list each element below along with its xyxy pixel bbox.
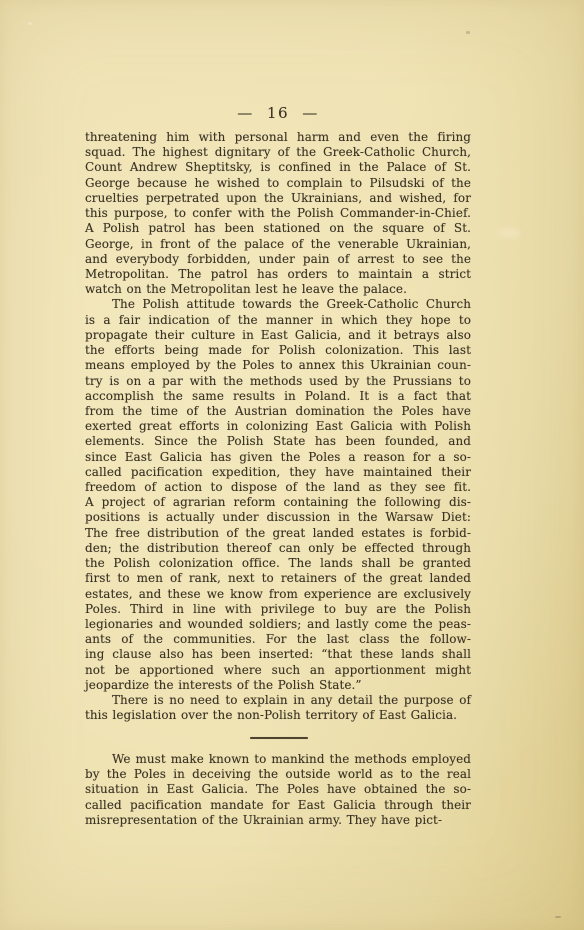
text-line: the Polish colonization office. The land… xyxy=(85,556,471,571)
text-line: den; the distribution thereof can only b… xyxy=(85,541,471,556)
text-line: misrepresentation of the Ukrainian army.… xyxy=(85,813,471,828)
text-line: Count Andrew Sheptitsky, is confined in … xyxy=(85,160,471,175)
text-line: legionaries and wounded soldiers; and la… xyxy=(85,617,471,632)
text-line: and everybody forbidden, under pain of a… xyxy=(85,252,471,267)
text-line: means employed by the Poles to annex thi… xyxy=(85,358,471,373)
text-line: George, in front of the palace of the ve… xyxy=(85,237,471,252)
text-line: jeopardize the interests of the Polish S… xyxy=(85,678,471,693)
text-line: The free distribution of the great lande… xyxy=(85,526,471,541)
scan-speck xyxy=(466,31,470,34)
text-line: A Polish patrol has been stationed on th… xyxy=(85,221,471,236)
text-line: ing clause also has been inserted: “that… xyxy=(85,647,471,662)
section-divider-rule xyxy=(250,737,308,739)
body-text-section-2: We must make known to mankind the method… xyxy=(85,752,471,828)
text-line: called pacification expedition, they hav… xyxy=(85,465,471,480)
text-line: The Polish attitude towards the Greek-Ca… xyxy=(85,297,471,312)
text-line: first to men of rank, next to retainers … xyxy=(85,571,471,586)
text-line: called pacification mandate for East Gal… xyxy=(85,798,471,813)
text-line: elements. Since the Polish State has bee… xyxy=(85,434,471,449)
text-line: situation in East Galicia. The Poles hav… xyxy=(85,782,471,797)
text-line: propagate their culture in East Galicia,… xyxy=(85,328,471,343)
scan-speck xyxy=(555,916,561,918)
text-line: George because he wished to complain to … xyxy=(85,176,471,191)
text-line: A project of agrarian reform containing … xyxy=(85,495,471,510)
text-line: accomplish the same results in Poland. I… xyxy=(85,389,471,404)
scanned-book-page: — 16 — threatening him with personal har… xyxy=(0,0,584,930)
text-line: from the time of the Austrian domination… xyxy=(85,404,471,419)
text-line: the efforts being made for Polish coloni… xyxy=(85,343,471,358)
text-line: positions is actually under discussion i… xyxy=(85,510,471,525)
text-line: freedom of action to dispose of the land… xyxy=(85,480,471,495)
text-line: this legislation over the non-Polish ter… xyxy=(85,708,471,723)
scan-smudge xyxy=(498,228,520,238)
text-line: squad. The highest dignitary of the Gree… xyxy=(85,145,471,160)
text-line: Metropolitan. The patrol has orders to m… xyxy=(85,267,471,282)
text-line: exerted great efforts in colonizing East… xyxy=(85,419,471,434)
text-line: cruelties perpetrated upon the Ukrainian… xyxy=(85,191,471,206)
text-line: estates, and these we know from experien… xyxy=(85,587,471,602)
text-line: try is on a par with the methods used by… xyxy=(85,374,471,389)
text-line: by the Poles in deceiving the outside wo… xyxy=(85,767,471,782)
text-line: threatening him with personal harm and e… xyxy=(85,130,471,145)
text-line: this purpose, to confer with the Polish … xyxy=(85,206,471,221)
text-line: since East Galicia has given the Poles a… xyxy=(85,450,471,465)
text-line: There is no need to explain in any detai… xyxy=(85,693,471,708)
text-line: watch on the Metropolitan lest he leave … xyxy=(85,282,471,297)
body-text-section-1: threatening him with personal harm and e… xyxy=(85,130,471,724)
text-line: Poles. Third in line with privilege to b… xyxy=(85,602,471,617)
text-line: We must make known to mankind the method… xyxy=(85,752,471,767)
page-number: — 16 — xyxy=(85,104,471,122)
text-line: ants of the communities. For the last cl… xyxy=(85,632,471,647)
text-line: not be apportioned where such an apporti… xyxy=(85,663,471,678)
scan-speck xyxy=(28,22,32,25)
text-line: is a fair indication of the manner in wh… xyxy=(85,313,471,328)
